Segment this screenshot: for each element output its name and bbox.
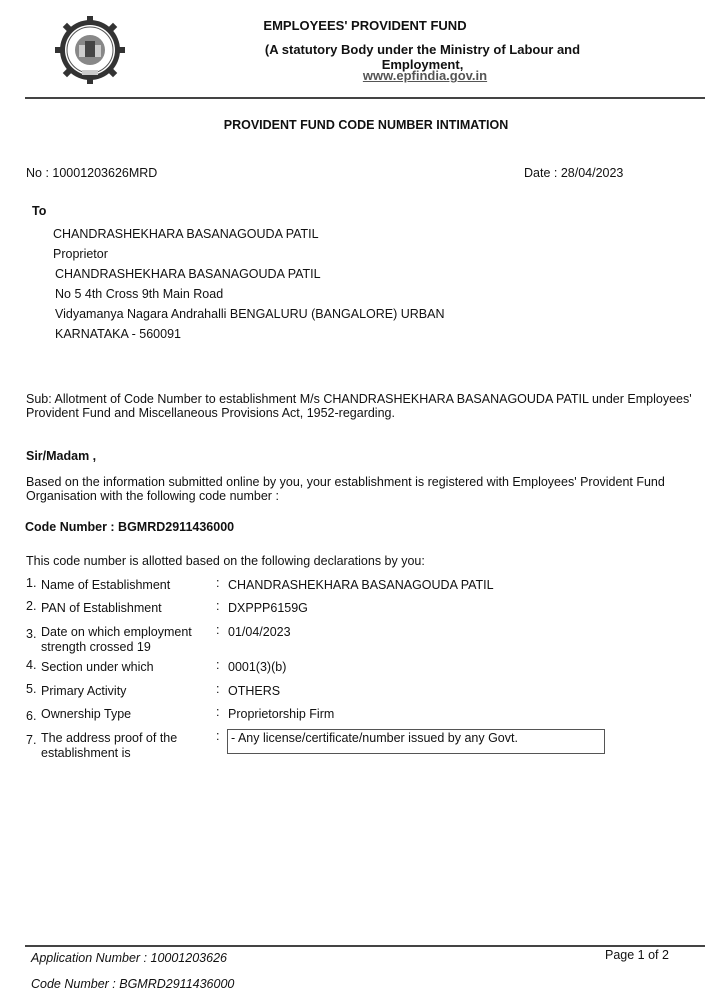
document-date: Date : 28/04/2023 (524, 166, 623, 180)
declaration-label: Primary Activity (41, 684, 206, 699)
declaration-number: 1. (26, 576, 36, 590)
addressee-line: KARNATAKA - 560091 (55, 327, 181, 341)
declaration-number: 4. (26, 658, 36, 672)
declaration-number: 5. (26, 682, 36, 696)
header-divider (25, 97, 705, 99)
epfo-emblem-icon (52, 15, 128, 85)
subject-line-2: Provident Fund and Miscellaneous Provisi… (26, 406, 395, 420)
declaration-label: Name of Establishment (41, 578, 206, 593)
declaration-label: PAN of Establishment (41, 601, 206, 616)
to-label: To (32, 204, 46, 218)
addressee-line: Proprietor (53, 247, 108, 261)
declaration-value: 01/04/2023 (228, 625, 291, 639)
declaration-number: 3. (26, 627, 36, 641)
page-indicator: Page 1 of 2 (605, 948, 669, 962)
body-paragraph-line-1: Based on the information submitted onlin… (26, 475, 665, 489)
addressee-line: Vidyamanya Nagara Andrahalli BENGALURU (… (55, 307, 445, 321)
reference-number: No : 10001203626MRD (26, 166, 157, 180)
declaration-label: The address proof of the establishment i… (41, 731, 191, 761)
address-proof-box: - Any license/certificate/number issued … (227, 729, 605, 754)
declaration-number: 6. (26, 709, 36, 723)
declaration-value: 0001(3)(b) (228, 660, 286, 674)
declaration-label: Date on which employment strength crosse… (41, 625, 206, 655)
declaration-value: CHANDRASHEKHARA BASANAGOUDA PATIL (228, 578, 494, 592)
footer-divider (25, 945, 705, 947)
document-title: PROVIDENT FUND CODE NUMBER INTIMATION (0, 118, 720, 132)
addressee-line: No 5 4th Cross 9th Main Road (55, 287, 223, 301)
salutation: Sir/Madam , (26, 449, 96, 463)
declarations-intro: This code number is allotted based on th… (26, 554, 425, 568)
footer-code-number: Code Number : BGMRD2911436000 (31, 977, 234, 991)
application-number: Application Number : 10001203626 (31, 951, 227, 965)
org-title: EMPLOYEES' PROVIDENT FUND (230, 18, 500, 33)
declaration-label: Ownership Type (41, 707, 206, 722)
declaration-value: DXPPP6159G (228, 601, 308, 615)
body-paragraph-line-2: Organisation with the following code num… (26, 489, 279, 503)
declaration-value: OTHERS (228, 684, 280, 698)
code-number: Code Number : BGMRD2911436000 (25, 520, 234, 534)
declaration-value: - Any license/certificate/number issued … (231, 731, 518, 745)
org-website-link[interactable]: www.epfindia.gov.in (300, 68, 550, 83)
subject-line-1: Sub: Allotment of Code Number to establi… (26, 392, 692, 406)
declaration-number: 7. (26, 733, 36, 747)
addressee-line: CHANDRASHEKHARA BASANAGOUDA PATIL (55, 267, 321, 281)
declaration-label: Section under which (41, 660, 206, 675)
addressee-line: CHANDRASHEKHARA BASANAGOUDA PATIL (53, 227, 319, 241)
declaration-number: 2. (26, 599, 36, 613)
declaration-value: Proprietorship Firm (228, 707, 334, 721)
